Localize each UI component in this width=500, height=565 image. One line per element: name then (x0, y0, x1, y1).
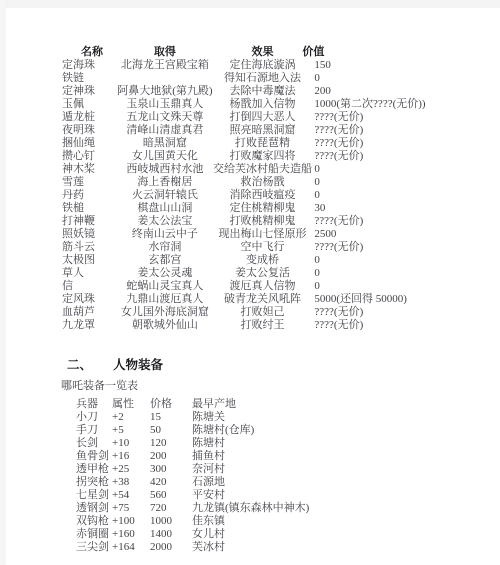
table-cell: 铁链 (62, 72, 117, 85)
table-row: 打神鞭姜太公法宝打败桃精柳鬼????(无价) (62, 215, 500, 228)
section-number: 二、 (67, 358, 92, 372)
table-row: 透甲枪+25300奈河村 (76, 463, 412, 476)
table-cell: 石源地 (192, 476, 412, 489)
table-cell: 棋盘山山洞 (117, 202, 212, 215)
table-cell: 打败桃精柳鬼 (213, 215, 313, 228)
table-cell: 清峰山清虚真君 (117, 124, 212, 137)
table-cell: 200 (312, 85, 500, 98)
table-row: 拐突枪+38420石源地 (76, 476, 412, 489)
table-cell: 女儿国黄天化 (117, 150, 212, 163)
table-cell: 1000 (150, 515, 192, 528)
table-cell: 筋斗云 (62, 241, 117, 254)
table-cell: 打败琵琶精 (213, 137, 313, 150)
table-cell (117, 72, 212, 85)
table-cell: 捕鱼村 (192, 450, 412, 463)
table-cell: 铁槌 (62, 202, 117, 215)
table-cell: 陈塘关 (192, 411, 412, 424)
table-cell: +75 (112, 502, 150, 515)
table-row: 铁槌棋盘山山洞定住桃精柳鬼30 (62, 202, 500, 215)
items-table: 名称 取得 效果 价值 定海珠北海龙王宫殿宝箱定住海底漩涡150铁链得知石源地入… (62, 46, 500, 332)
table-cell: 去除中毒魔法 (213, 85, 313, 98)
table-row: 太极图玄都宫变成桥0 (62, 254, 500, 267)
table-cell: +25 (112, 463, 150, 476)
table-cell: 草人 (62, 267, 117, 280)
table-cell: +5 (112, 424, 150, 437)
table-cell: 300 (150, 463, 192, 476)
table-cell: 0 (312, 163, 500, 176)
table-cell: 海上香榭居 (117, 176, 212, 189)
table-row: 血葫芦女儿国外海底洞窟打败妲己????(无价) (62, 306, 500, 319)
table-cell: 2000 (150, 541, 192, 554)
table-cell: 渡厄真人信物 (213, 280, 313, 293)
table-cell: 420 (150, 476, 192, 489)
section-heading: 二、人物装备 (67, 355, 163, 373)
section-title: 人物装备 (113, 358, 163, 372)
table-cell: ????(无价) (312, 150, 500, 163)
table-cell: 消除西岐瘟疫 (213, 189, 313, 202)
items-table-header: 名称 取得 效果 价值 (62, 46, 500, 59)
table-cell: 得知石源地入法 (213, 72, 313, 85)
table-row: 鱼骨剑+16200捕鱼村 (76, 450, 412, 463)
table-cell: +10 (112, 437, 150, 450)
table-cell: 姜太公灵魂 (117, 267, 212, 280)
table-cell: 手刀 (76, 424, 112, 437)
table-cell: 200 (150, 450, 192, 463)
table-cell: 拐突枪 (76, 476, 112, 489)
items-col-name: 名称 (62, 46, 117, 59)
table-row: 照妖镜终南山云中子现出梅山七怪原形2500 (62, 228, 500, 241)
table-cell: 打败妲己 (213, 306, 313, 319)
table-cell: 30 (312, 202, 500, 215)
table-cell: ????(无价) (312, 111, 500, 124)
table-cell: 救治杨戬 (213, 176, 313, 189)
table-row: 手刀+550陈塘村(仓库) (76, 424, 412, 437)
table-cell: 变成桥 (213, 254, 313, 267)
equipment-table: 兵器 属性 价格 最早产地 小刀+215陈塘关手刀+550陈塘村(仓库)长剑+1… (76, 398, 412, 554)
document-page: 名称 取得 效果 价值 定海珠北海龙王宫殿宝箱定住海底漩涡150铁链得知石源地入… (6, 8, 500, 565)
table-row: 九龙罩朝歌城外仙山打败纣王????(无价) (62, 319, 500, 332)
table-cell: 50 (150, 424, 192, 437)
table-cell: 定住桃精柳鬼 (213, 202, 313, 215)
table-cell: ????(无价) (312, 215, 500, 228)
table-row: 双钩枪+1001000佳东镇 (76, 515, 412, 528)
table-cell: 打神鞭 (62, 215, 117, 228)
table-row: 赤铜圈+1601400女儿村 (76, 528, 412, 541)
table-cell: 奈河村 (192, 463, 412, 476)
table-cell: 火云洞轩辕氏 (117, 189, 212, 202)
table-row: 遁龙桩五龙山文殊天尊打倒四大恶人????(无价) (62, 111, 500, 124)
table-cell: ????(无价) (312, 124, 500, 137)
table-cell: 玉佩 (62, 98, 117, 111)
table-cell: ????(无价) (312, 241, 500, 254)
table-cell: +100 (112, 515, 150, 528)
equipment-table-body: 小刀+215陈塘关手刀+550陈塘村(仓库)长剑+10120陈塘村鱼骨剑+162… (76, 411, 412, 554)
table-row: 三尖剑+1642000芙冰村 (76, 541, 412, 554)
table-cell: +160 (112, 528, 150, 541)
table-cell: +164 (112, 541, 150, 554)
table-row: 玉佩玉泉山玉鼎真人杨戬加入信物1000(第二次????(无价)) (62, 98, 500, 111)
table-row: 长剑+10120陈塘村 (76, 437, 412, 450)
table-cell: 鱼骨剑 (76, 450, 112, 463)
table-cell: 太极图 (62, 254, 117, 267)
table-cell: 五龙山文殊天尊 (117, 111, 212, 124)
table-cell: 北海龙王宫殿宝箱 (117, 59, 212, 72)
table-cell: 阿鼻大地狱(第九殿) (117, 85, 212, 98)
table-cell: 三尖剑 (76, 541, 112, 554)
table-row: 信蛇蜗山灵宝真人渡厄真人信物0 (62, 280, 500, 293)
table-cell: ????(无价) (312, 319, 500, 332)
table-cell: 捆仙绳 (62, 137, 117, 150)
table-cell: 2500 (312, 228, 500, 241)
table-cell: +16 (112, 450, 150, 463)
table-cell: 120 (150, 437, 192, 450)
table-cell: ????(无价) (312, 306, 500, 319)
table-row: 丹药火云洞轩辕氏消除西岐瘟疫0 (62, 189, 500, 202)
table-cell: 攒心钉 (62, 150, 117, 163)
equip-col-attr: 属性 (112, 398, 150, 411)
table-row: 神木桨西岐城西村水池交给芙冰村船夫造船0 (62, 163, 500, 176)
table-cell: 九龙镇(镇东森林中神木) (192, 502, 412, 515)
table-cell: 照亮暗黑洞窟 (213, 124, 313, 137)
table-cell: 720 (150, 502, 192, 515)
table-row: 夜明珠清峰山清虚真君照亮暗黑洞窟????(无价) (62, 124, 500, 137)
table-cell: 姜太公复活 (213, 267, 313, 280)
table-cell: 姜太公法宝 (117, 215, 212, 228)
table-row: 七星剑+54560平安村 (76, 489, 412, 502)
table-cell: 长剑 (76, 437, 112, 450)
table-cell: 西岐城西村水池 (117, 163, 212, 176)
table-cell: 1400 (150, 528, 192, 541)
table-cell: 杨戬加入信物 (213, 98, 313, 111)
equip-col-price: 价格 (150, 398, 192, 411)
table-cell: 打倒四大恶人 (213, 111, 313, 124)
table-cell: 定神珠 (62, 85, 117, 98)
table-cell: 血葫芦 (62, 306, 117, 319)
items-col-effect: 效果 (213, 46, 313, 59)
table-cell: 1000(第二次????(无价)) (312, 98, 500, 111)
table-cell: 蛇蜗山灵宝真人 (117, 280, 212, 293)
table-row: 铁链得知石源地入法0 (62, 72, 500, 85)
table-cell: 5000(还回得 50000) (312, 293, 500, 306)
table-cell: 0 (312, 254, 500, 267)
table-cell: 终南山云中子 (117, 228, 212, 241)
table-cell: 丹药 (62, 189, 117, 202)
table-cell: +38 (112, 476, 150, 489)
table-cell: 0 (312, 267, 500, 280)
items-col-value: 价值 (312, 46, 500, 59)
table-cell: 定海珠 (62, 59, 117, 72)
table-row: 雪莲海上香榭居救治杨戬0 (62, 176, 500, 189)
table-cell: 空中飞行 (213, 241, 313, 254)
table-row: 定风珠九鼎山渡厄真人破青龙关风吼阵5000(还回得 50000) (62, 293, 500, 306)
table-cell: 0 (312, 189, 500, 202)
table-cell: 玄都宫 (117, 254, 212, 267)
table-cell: 打败魔家四将 (213, 150, 313, 163)
table-cell: 女儿村 (192, 528, 412, 541)
table-cell: 神木桨 (62, 163, 117, 176)
table-row: 捆仙绳暗黑洞窟打败琵琶精????(无价) (62, 137, 500, 150)
equip-col-weapon: 兵器 (76, 398, 112, 411)
table-cell: 信 (62, 280, 117, 293)
table-cell: 打败纣王 (213, 319, 313, 332)
table-row: 小刀+215陈塘关 (76, 411, 412, 424)
table-cell: 560 (150, 489, 192, 502)
table-cell: 玉泉山玉鼎真人 (117, 98, 212, 111)
table-cell: 夜明珠 (62, 124, 117, 137)
table-cell: 小刀 (76, 411, 112, 424)
table-cell: 0 (312, 280, 500, 293)
table-row: 攒心钉女儿国黄天化打败魔家四将????(无价) (62, 150, 500, 163)
table-cell: +2 (112, 411, 150, 424)
table-cell: 七星剑 (76, 489, 112, 502)
table-cell: 赤铜圈 (76, 528, 112, 541)
table-cell: 双钩枪 (76, 515, 112, 528)
table-cell: 破青龙关风吼阵 (213, 293, 313, 306)
table-cell: 陈塘村 (192, 437, 412, 450)
table-cell: 透钢剑 (76, 502, 112, 515)
table-cell: 150 (312, 59, 500, 72)
table-cell: 透甲枪 (76, 463, 112, 476)
table-cell: 定住海底漩涡 (213, 59, 313, 72)
table-row: 透钢剑+75720九龙镇(镇东森林中神木) (76, 502, 412, 515)
table-cell: 遁龙桩 (62, 111, 117, 124)
table-cell: +54 (112, 489, 150, 502)
equip-col-origin: 最早产地 (192, 398, 412, 411)
table-cell: 暗黑洞窟 (117, 137, 212, 150)
equipment-table-header: 兵器 属性 价格 最早产地 (76, 398, 412, 411)
table-cell: 九鼎山渡厄真人 (117, 293, 212, 306)
table-cell: 朝歌城外仙山 (117, 319, 212, 332)
table-cell: 平安村 (192, 489, 412, 502)
table-row: 草人姜太公灵魂姜太公复活0 (62, 267, 500, 280)
items-col-obtain: 取得 (117, 46, 212, 59)
section-subtitle: 哪吒装备一览表 (61, 377, 138, 393)
table-cell: 定风珠 (62, 293, 117, 306)
table-row: 筋斗云水帘洞空中飞行????(无价) (62, 241, 500, 254)
table-cell: 0 (312, 176, 500, 189)
items-table-header-row: 名称 取得 效果 价值 (62, 46, 500, 59)
table-cell: 交给芙冰村船夫造船 (213, 163, 313, 176)
equipment-table-header-row: 兵器 属性 价格 最早产地 (76, 398, 412, 411)
table-cell: 雪莲 (62, 176, 117, 189)
table-row: 定海珠北海龙王宫殿宝箱定住海底漩涡150 (62, 59, 500, 72)
items-table-body: 定海珠北海龙王宫殿宝箱定住海底漩涡150铁链得知石源地入法0定神珠阿鼻大地狱(第… (62, 59, 500, 332)
table-cell: 水帘洞 (117, 241, 212, 254)
table-row: 定神珠阿鼻大地狱(第九殿)去除中毒魔法200 (62, 85, 500, 98)
table-cell: 陈塘村(仓库) (192, 424, 412, 437)
table-cell: ????(无价) (312, 137, 500, 150)
table-cell: 芙冰村 (192, 541, 412, 554)
table-cell: 15 (150, 411, 192, 424)
table-cell: 照妖镜 (62, 228, 117, 241)
table-cell: 佳东镇 (192, 515, 412, 528)
table-cell: 女儿国外海底洞窟 (117, 306, 212, 319)
table-cell: 现出梅山七怪原形 (213, 228, 313, 241)
table-cell: 0 (312, 72, 500, 85)
table-cell: 九龙罩 (62, 319, 117, 332)
